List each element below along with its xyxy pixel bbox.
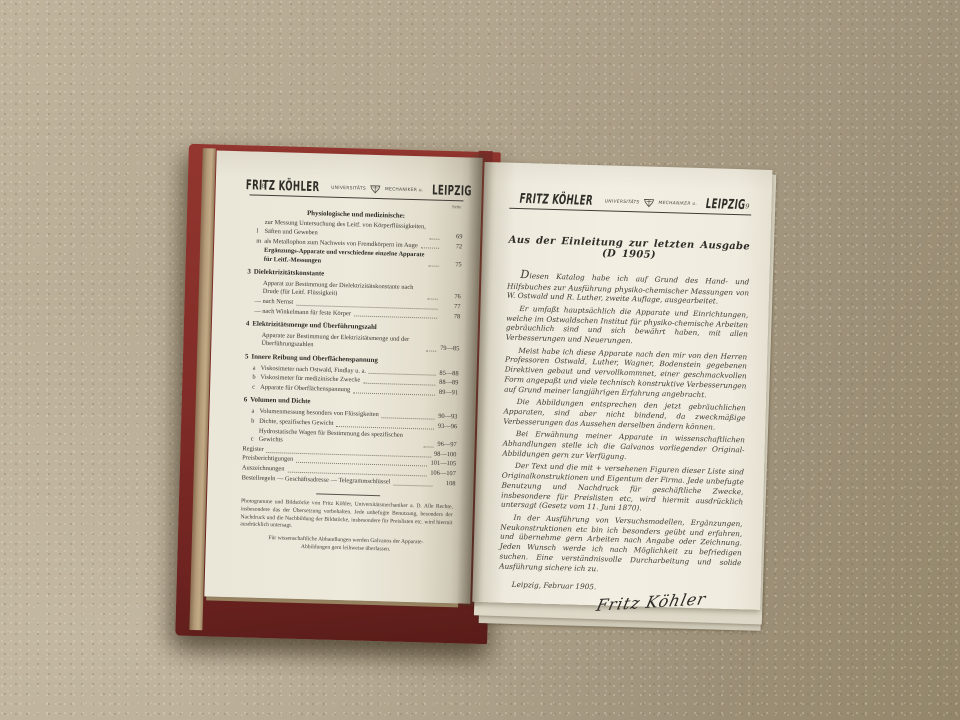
dot-leader: [429, 238, 439, 239]
footnote-galvanos: Für wissenschaftliche Abhandlungen werde…: [240, 534, 452, 555]
item-text: Dichte, spezifisches Gewicht: [259, 418, 334, 428]
item-pages: 75: [442, 260, 462, 269]
item-text: nach Nernst: [262, 298, 293, 307]
item-pages: 85—88: [438, 369, 458, 378]
footnote-legal: Photogramme und Bildstöcke von Fritz Köh…: [240, 499, 453, 536]
brand-small-left: UNIVERSITÄTS: [605, 199, 640, 205]
brand-small-right: MECHANIKER u.: [658, 200, 697, 206]
section-title: Physiologische und medizinische:: [307, 210, 405, 220]
left-page: 8 FRITZ KÖHLER UNIVERSITÄTS MECHANIKER u…: [204, 150, 482, 603]
intro-title: Aus der Einleitung zur letzten Ausgabe (…: [508, 234, 751, 263]
brand-small-right: MECHANIKER u.: [385, 187, 424, 193]
brand-name: FRITZ KÖHLER: [519, 191, 593, 208]
section-title: Volumen und Dichte: [250, 397, 310, 406]
crest-emblem-icon: [643, 198, 654, 207]
section-number: 5: [245, 353, 249, 360]
section-number: 3: [247, 268, 251, 275]
item-pages: 77: [440, 303, 460, 312]
dot-leader: [336, 426, 434, 430]
item-pages: 72: [442, 242, 462, 251]
item-pages: 78: [440, 312, 460, 321]
book: 8 FRITZ KÖHLER UNIVERSITÄTS MECHANIKER u…: [175, 138, 789, 655]
photo-of-open-book: 8 FRITZ KÖHLER UNIVERSITÄTS MECHANIKER u…: [0, 0, 960, 720]
item-text: Preisberichtigungen: [242, 455, 293, 465]
section-title: Innere Reibung und Oberflächenspannung: [251, 353, 378, 364]
dot-leader: [354, 316, 437, 319]
item-text: Register: [242, 445, 264, 454]
intro-paragraph: Die Abbildungen entsprechen den jetzt ge…: [503, 397, 746, 433]
dot-leader: [426, 351, 436, 352]
item-text: Ergänzungs-Apparate und verschiedene ein…: [264, 247, 426, 268]
item-marker: b: [252, 374, 260, 383]
item-marker: m: [256, 237, 264, 246]
section-number: 4: [246, 320, 250, 327]
item-pages: 101—105: [430, 460, 456, 469]
section-title: Dielektrizitätskonstante: [254, 268, 325, 277]
separator-rule: [316, 494, 380, 497]
right-page-header: 9 FRITZ KÖHLER UNIVERSITÄTS MECHANIKER u…: [509, 193, 751, 215]
dot-leader: [428, 298, 438, 299]
right-page-number: 9: [745, 202, 749, 210]
dot-leader: [424, 446, 434, 447]
item-marker: a: [251, 408, 259, 417]
item-marker: c: [252, 384, 260, 393]
brand-name: FRITZ KÖHLER: [245, 178, 319, 195]
intro-paragraph: In der Ausführung von Versuchsmodellen, …: [499, 513, 743, 578]
intro-paragraph: Bei Erwähnung meiner Apparate in wissens…: [502, 429, 745, 465]
brand-city: LEIPZIG: [705, 196, 745, 212]
dot-leader: [382, 417, 435, 419]
item-pages: 93—96: [437, 423, 457, 432]
item-pages: 76: [441, 293, 461, 302]
item-text: nach Winkelmann für feste Körper: [262, 307, 351, 318]
dot-leader: [421, 248, 439, 250]
intro-paragraphs: Diesen Katalog habe ich auf Grund des Ha…: [499, 266, 749, 577]
right-page: 9 FRITZ KÖHLER UNIVERSITÄTS MECHANIKER u…: [472, 162, 772, 610]
item-pages: 89—91: [438, 389, 458, 398]
item-marker: l: [256, 227, 264, 236]
intro-paragraph: Meist habe ich diese Apparate nach den m…: [504, 345, 747, 400]
item-marker: c: [251, 436, 259, 445]
item-pages: 88—89: [438, 379, 458, 388]
table-of-contents: Physiologische und medizinische:lzur Mes…: [241, 208, 463, 489]
dot-leader: [363, 383, 435, 386]
brand-small-left: UNIVERSITÄTS: [331, 185, 366, 191]
item-marker: —: [254, 307, 262, 316]
item-marker: —: [254, 298, 262, 307]
dot-leader: [393, 484, 432, 486]
item-text: Apparate für Oberflächenspannung: [260, 384, 350, 395]
dot-leader: [369, 373, 436, 376]
dot-leader: [353, 392, 435, 395]
item-pages: 69: [442, 233, 462, 242]
item-marker: a: [253, 364, 261, 373]
brand-city: LEIPZIG: [432, 183, 472, 199]
item-text: Apparate zur Bestimmung der Elektrizität…: [261, 332, 423, 353]
intro-paragraph: Er umfaßt hauptsächlich die Apparate und…: [506, 304, 749, 350]
section-number: 6: [244, 397, 248, 404]
intro-paragraph: Diesen Katalog habe ich auf Grund des Ha…: [507, 266, 750, 307]
item-pages: 90—93: [437, 413, 457, 422]
item-pages: 106—107: [430, 470, 456, 479]
crest-emblem-icon: [370, 184, 381, 193]
toc-row: Apparate zur Bestimmung der Elektrizität…: [245, 331, 459, 354]
item-pages: 108: [435, 480, 455, 489]
item-marker: b: [251, 418, 259, 427]
item-pages: 98—100: [434, 450, 457, 459]
left-page-header: 8 FRITZ KÖHLER UNIVERSITÄTS MECHANIKER u…: [249, 179, 464, 208]
section-title: Elektrizitätsmenge und Überführungszahl: [252, 321, 377, 331]
item-pages: 96—97: [436, 441, 456, 450]
item-text: Auszeichnungen: [242, 465, 285, 475]
item-pages: 79—85: [439, 345, 459, 354]
intro-paragraph: Der Text und die mit + versehenen Figure…: [501, 461, 744, 516]
dot-leader: [429, 266, 439, 267]
